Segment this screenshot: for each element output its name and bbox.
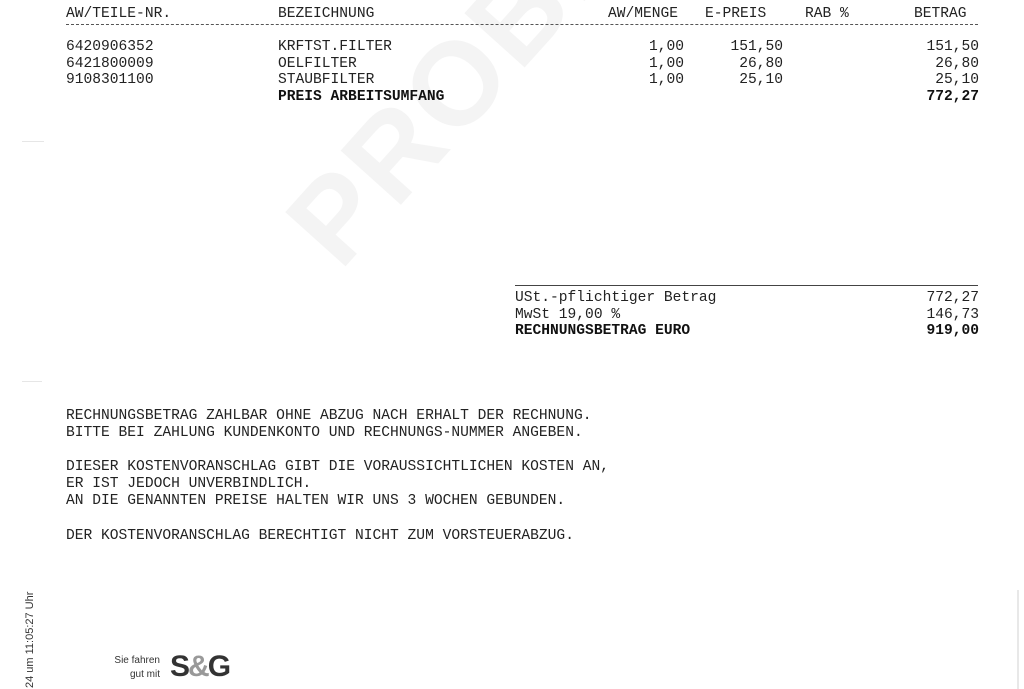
payment-note-line: RECHNUNGSBETRAG ZAHLBAR OHNE ABZUG NACH … [66,408,591,425]
summary-divider [515,285,978,286]
total-label: RECHNUNGSBETRAG EURO [515,323,690,340]
part-number: 6421800009 [66,56,154,73]
header-divider [66,24,978,25]
description: STAUBFILTER [278,72,374,89]
estimate-note-line: ER IST JEDOCH UNVERBINDLICH. [66,476,311,493]
tax-deduction-note: DER KOSTENVORANSCHLAG BERECHTIGT NICHT Z… [66,528,574,545]
unit-price: 26,80 [700,56,783,73]
vat-label: MwSt 19,00 % [515,307,620,324]
quantity: 1,00 [600,56,684,73]
header-part-no: AW/TEILE-NR. [66,6,171,23]
amount: 25,10 [880,72,979,89]
slogan-line: Sie fahren [100,654,160,668]
print-timestamp: 24 um 11:05:27 Uhr [24,592,36,688]
fold-mark [22,381,42,382]
part-number: 9108301100 [66,72,154,89]
logo-letter-g: G [208,650,229,683]
description: KRFTST.FILTER [278,39,392,56]
slogan: Sie fahren gut mit [100,654,160,682]
amount: 151,50 [880,39,979,56]
header-quantity: AW/MENGE [608,6,678,23]
taxable-label: USt.-pflichtiger Betrag [515,290,716,307]
header-discount: RAB % [805,6,849,23]
payment-note-line: BITTE BEI ZAHLUNG KUNDENKONTO UND RECHNU… [66,425,583,442]
company-logo: S&G [170,650,229,684]
amount: 26,80 [880,56,979,73]
header-unit-price: E-PREIS [705,6,766,23]
header-amount: BETRAG [914,6,967,23]
logo-ampersand: & [188,650,208,683]
header-description: BEZEICHNUNG [278,6,374,23]
logo-letter-s: S [170,650,188,683]
description: OELFILTER [278,56,357,73]
unit-price: 25,10 [700,72,783,89]
fold-mark [22,141,44,142]
total-value: 919,00 [880,323,979,340]
estimate-note-line: DIESER KOSTENVORANSCHLAG GIBT DIE VORAUS… [66,459,609,476]
subtotal-label: PREIS ARBEITSUMFANG [278,89,444,106]
page-edge [1017,590,1019,689]
quantity: 1,00 [600,39,684,56]
taxable-value: 772,27 [880,290,979,307]
unit-price: 151,50 [700,39,783,56]
estimate-note-line: AN DIE GENANNTEN PREISE HALTEN WIR UNS 3… [66,493,565,510]
vat-value: 146,73 [880,307,979,324]
slogan-line: gut mit [100,668,160,682]
subtotal-value: 772,27 [880,89,979,106]
part-number: 6420906352 [66,39,154,56]
quantity: 1,00 [600,72,684,89]
